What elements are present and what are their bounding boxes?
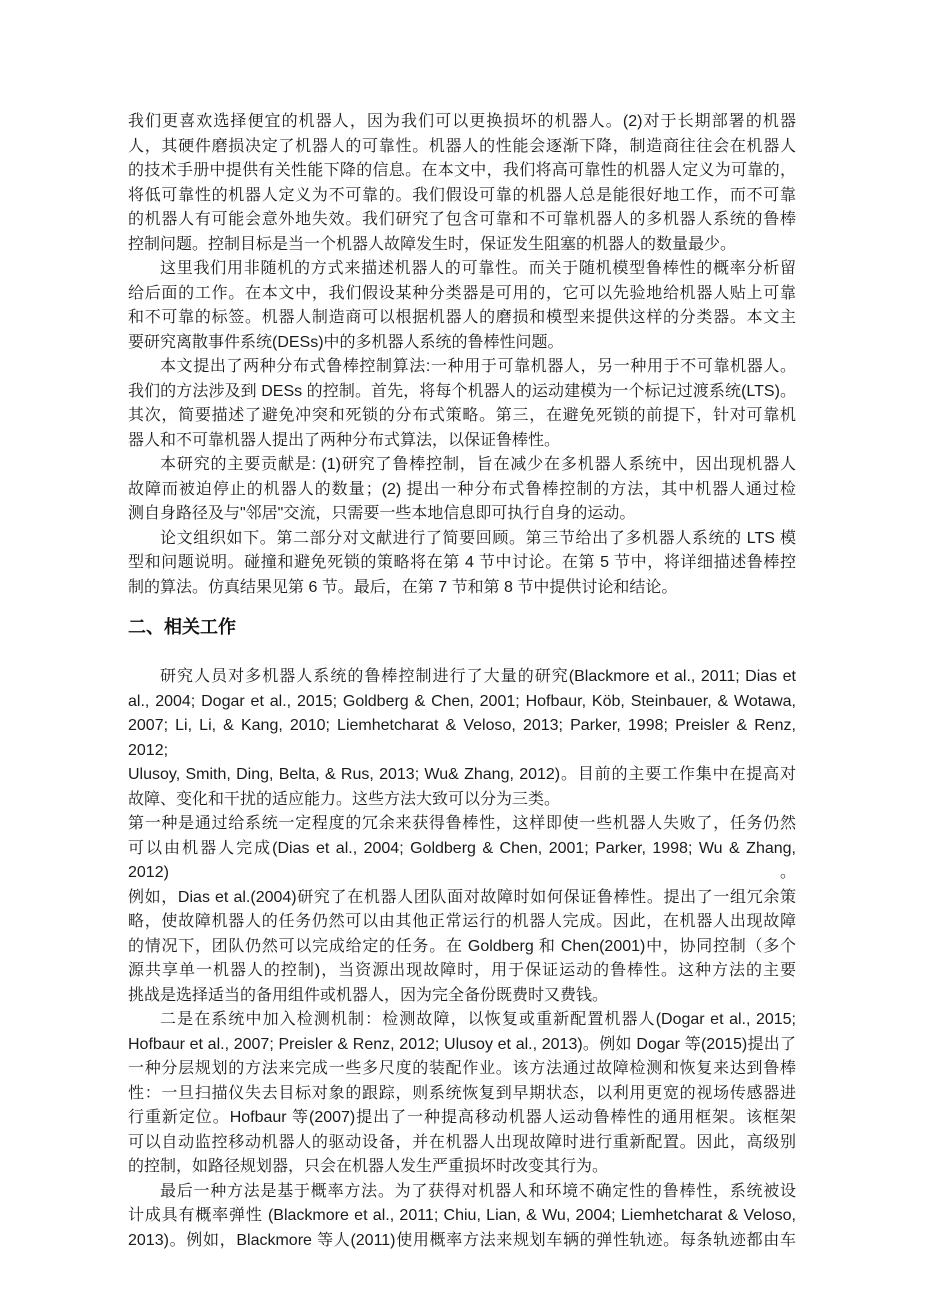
text-line: 论文组织如下。第二部分对文献进行了简要回顾。第三节给出了多机器人系统的 LTS … xyxy=(128,527,796,552)
text-line: 可以自动监控移动机器人的驱动设备，并在机器人出现故障时进行重新配置。因此，高级别 xyxy=(128,1131,796,1156)
text-line: 给后面的工作。在本文中，我们假设某种分类器是可用的，它可以先验地给机器人贴上可靠 xyxy=(128,282,796,307)
section-heading: 二、相关工作 xyxy=(128,615,796,639)
paragraph: 本文提出了两种分布式鲁棒控制算法:一种用于可靠机器人，另一种用于不可靠机器人。我… xyxy=(128,355,796,453)
text-line: 的控制，如路径规划器，只会在机器人发生严重损坏时改变其行为。 xyxy=(128,1155,796,1180)
text-line: 本文提出了两种分布式鲁棒控制算法:一种用于可靠机器人，另一种用于不可靠机器人。 xyxy=(128,355,796,380)
text-line: 的技术手册中提供有关性能下降的信息。在本文中，我们将高可靠性的机器人定义为可靠的… xyxy=(128,159,796,184)
text-line: 二是在系统中加入检测机制：检测故障，以恢复或重新配置机器人(Dogar et a… xyxy=(128,1008,796,1033)
text-line: 我们更喜欢选择便宜的机器人，因为我们可以更换损坏的机器人。(2)对于长期部署的机… xyxy=(128,110,796,135)
paragraph: 第一种是通过给系统一定程度的冗余来获得鲁棒性，这样即使一些机器人失败了，任务仍然… xyxy=(128,812,796,1008)
paragraph: 二是在系统中加入检测机制：检测故障，以恢复或重新配置机器人(Dogar et a… xyxy=(128,1008,796,1180)
paragraph: 我们更喜欢选择便宜的机器人，因为我们可以更换损坏的机器人。(2)对于长期部署的机… xyxy=(128,110,796,257)
text-line: 源共享单一机器人的控制)，当资源出现故障时，用于保证运动的鲁棒性。这种方法的主要 xyxy=(128,959,796,984)
text-line: 型和问题说明。碰撞和避免死锁的策略将在第 4 节中讨论。在第 5 节中，将详细描… xyxy=(128,551,796,576)
document-page: 我们更喜欢选择便宜的机器人，因为我们可以更换损坏的机器人。(2)对于长期部署的机… xyxy=(0,0,926,1309)
text-line: 控制问题。控制目标是当一个机器人故障发生时，保证发生阻塞的机器人的数量最少。 xyxy=(128,233,796,258)
text-line: 其次，简要描述了避免冲突和死锁的分布式策略。第三，在避免死锁的前提下，针对可靠机 xyxy=(128,404,796,429)
text-line: 的机器人有可能会意外地失效。我们研究了包含可靠和不可靠机器人的多机器人系统的鲁棒 xyxy=(128,208,796,233)
text-line: 的情况下，团队仍然可以完成给定的任务。在 Goldberg 和 Chen(200… xyxy=(128,935,796,960)
text-line: 制的算法。仿真结果见第 6 节。最后，在第 7 节和第 8 节中提供讨论和结论。 xyxy=(128,576,796,601)
paragraph: 最后一种方法是基于概率方法。为了获得对机器人和环境不确定性的鲁棒性，系统被设计成… xyxy=(128,1180,796,1254)
text-line: 最后一种方法是基于概率方法。为了获得对机器人和环境不确定性的鲁棒性，系统被设 xyxy=(128,1180,796,1205)
paragraph: 本研究的主要贡献是: (1)研究了鲁棒控制，旨在减少在多机器人系统中，因出现机器… xyxy=(128,453,796,527)
text-line: 研究人员对多机器人系统的鲁棒控制进行了大量的研究(Blackmore et al… xyxy=(128,665,796,690)
text-line: 这里我们用非随机的方式来描述机器人的可靠性。而关于随机模型鲁棒性的概率分析留 xyxy=(128,257,796,282)
document-body: 我们更喜欢选择便宜的机器人，因为我们可以更换损坏的机器人。(2)对于长期部署的机… xyxy=(128,110,796,1253)
text-line: 例如，Dias et al.(2004)研究了在机器人团队面对故障时如何保证鲁棒… xyxy=(128,886,796,911)
text-line: Ulusoy, Smith, Ding, Belta, & Rus, 2013;… xyxy=(128,763,796,788)
paragraph: 论文组织如下。第二部分对文献进行了简要回顾。第三节给出了多机器人系统的 LTS … xyxy=(128,527,796,601)
text-line: 人，其硬件磨损决定了机器人的可靠性。机器人的性能会逐渐下降，制造商往往会在机器人 xyxy=(128,135,796,160)
text-line: 略，使故障机器人的任务仍然可以由其他正常运行的机器人完成。因此，在机器人出现故障 xyxy=(128,910,796,935)
paragraph: 这里我们用非随机的方式来描述机器人的可靠性。而关于随机模型鲁棒性的概率分析留给后… xyxy=(128,257,796,355)
text-line: 测自身路径及与"邻居"交流，只需要一些本地信息即可执行自身的运动。 xyxy=(128,502,796,527)
text-line: 行重新定位。Hofbaur 等(2007)提出了一种提高移动机器人运动鲁棒性的通… xyxy=(128,1106,796,1131)
text-line: 我们的方法涉及到 DESs 的控制。首先，将每个机器人的运动建模为一个标记过渡系… xyxy=(128,380,796,405)
text-line: 计成具有概率弹性 (Blackmore et al., 2011; Chiu, … xyxy=(128,1204,796,1229)
text-line: 故障、变化和干扰的适应能力。这些方法大致可以分为三类。 xyxy=(128,788,796,813)
text-line: 器人和不可靠机器人提出了两种分布式算法，以保证鲁棒性。 xyxy=(128,429,796,454)
text-line: Hofbaur et al., 2007; Preisler & Renz, 2… xyxy=(128,1033,796,1058)
text-line: al., 2004; Dogar et al., 2015; Goldberg … xyxy=(128,690,796,715)
text-line: 第一种是通过给系统一定程度的冗余来获得鲁棒性，这样即使一些机器人失败了，任务仍然 xyxy=(128,812,796,837)
text-line: 挑战是选择适当的备用组件或机器人，因为完全备份既费时又费钱。 xyxy=(128,984,796,1009)
text-line: 故障而被迫停止的机器人的数量；(2) 提出一种分布式鲁棒控制的方法，其中机器人通… xyxy=(128,478,796,503)
text-line: 一种分层规划的方法来完成一些多尺度的装配作业。该方法通过故障检测和恢复来达到鲁棒 xyxy=(128,1057,796,1082)
text-line: 2007; Li, Li, & Kang, 2010; Liemhetchara… xyxy=(128,714,796,763)
text-line: 2013)。例如，Blackmore 等人(2011)使用概率方法来规划车辆的弹… xyxy=(128,1229,796,1254)
paragraph: 研究人员对多机器人系统的鲁棒控制进行了大量的研究(Blackmore et al… xyxy=(128,665,796,812)
text-line: 本研究的主要贡献是: (1)研究了鲁棒控制，旨在减少在多机器人系统中，因出现机器… xyxy=(128,453,796,478)
text-line: 将低可靠性的机器人定义为不可靠的。我们假设可靠的机器人总是能很好地工作，而不可靠 xyxy=(128,184,796,209)
text-line: 和不可靠的标签。机器人制造商可以根据机器人的磨损和模型来提供这样的分类器。本文主 xyxy=(128,306,796,331)
text-line: 要研究离散事件系统(DESs)中的多机器人系统的鲁棒性问题。 xyxy=(128,331,796,356)
text-line: 性：一旦扫描仪失去目标对象的跟踪，则系统恢复到早期状态，以利用更宽的视场传感器进 xyxy=(128,1082,796,1107)
text-line: 可以由机器人完成(Dias et al., 2004; Goldberg & C… xyxy=(128,837,796,886)
